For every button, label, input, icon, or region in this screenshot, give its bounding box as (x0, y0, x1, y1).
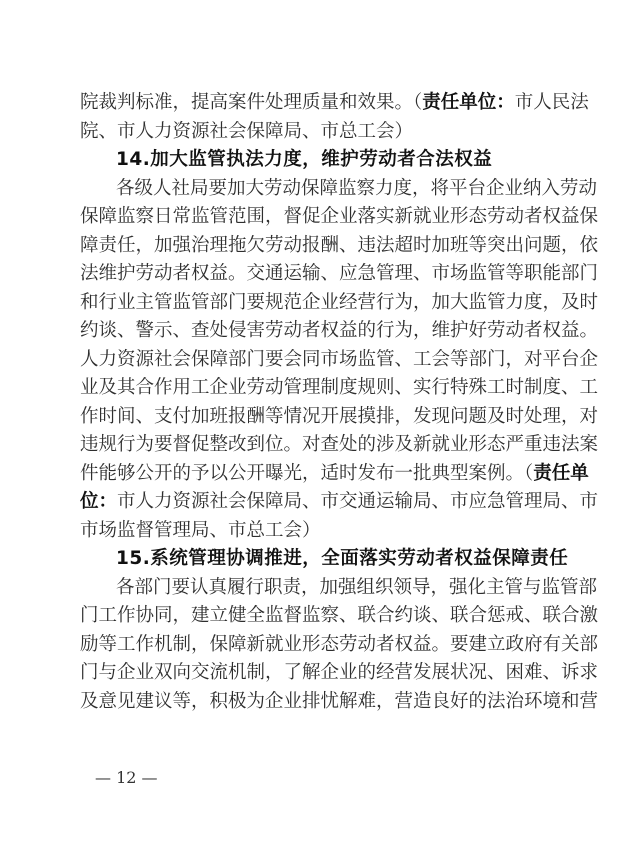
text-line: 市场监督管理局、市总工会） (80, 517, 550, 545)
text-line: 法维护劳动者权益。交通运输、应急管理、市场监管等职能部门 (80, 260, 550, 288)
document-page: 院裁判标准，提高案件处理质量和效果。（责任单位：市人民法 院、市人力资源社会保障… (0, 0, 624, 861)
responsible-unit-label: 责任单 (533, 463, 589, 484)
section-heading-15: 15.系统管理协调推进，全面落实劳动者权益保障责任 (116, 545, 568, 573)
text-line: 门工作协同，建立健全监督监察、联合约谈、联合惩戒、联合激 (80, 602, 550, 630)
responsible-unit-label: 位： (80, 491, 117, 512)
text-line: 位：市人力资源社会保障局、市交通运输局、市应急管理局、市 (80, 488, 550, 516)
text-line: 各部门要认真履行职责，加强组织领导，强化主管与监管部 (116, 574, 550, 602)
text-line: 违规行为要督促整改到位。对查处的涉及新就业形态严重违法案 (80, 431, 550, 459)
section-heading-14: 14.加大监管执法力度，维护劳动者合法权益 (116, 146, 492, 174)
text-line: 人力资源社会保障部门要会同市场监管、工会等部门，对平台企 (80, 346, 550, 374)
text-line: 作时间、支付加班报酬等情况开展摸排，发现问题及时处理，对 (80, 403, 550, 431)
text-line: 各级人社局要加大劳动保障监察力度，将平台企业纳入劳动 (116, 175, 550, 203)
text-line: 约谈、警示、查处侵害劳动者权益的行为，维护好劳动者权益。 (80, 317, 550, 345)
text-line: 院裁判标准，提高案件处理质量和效果。（责任单位：市人民法 (80, 89, 550, 117)
text-line: 和行业主管监管部门要规范企业经营行为，加大监管力度，及时 (80, 289, 550, 317)
text-line: 及意见建议等，积极为企业排忧解难，营造良好的法治环境和营 (80, 688, 550, 716)
text-line: 保障监察日常监管范围，督促企业落实新就业形态劳动者权益保 (80, 203, 550, 231)
text-line: 件能够公开的予以公开曝光，适时发布一批典型案例。（责任单 (80, 460, 550, 488)
text-line: 门与企业双向交流机制，了解企业的经营发展状况、困难、诉求 (80, 659, 550, 687)
responsible-unit-label: 责任单位： (422, 92, 515, 113)
text-line: 障责任，加强治理拖欠劳动报酬、违法超时加班等突出问题，依 (80, 232, 550, 260)
text-line: 院、市人力资源社会保障局、市总工会） (80, 118, 550, 146)
text-line: 业及其合作用工企业劳动管理制度规则、实行特殊工时制度、工 (80, 374, 550, 402)
text-line: 励等工作机制，保障新就业形态劳动者权益。要建立政府有关部 (80, 631, 550, 659)
page-number: — 12 — (95, 766, 158, 790)
